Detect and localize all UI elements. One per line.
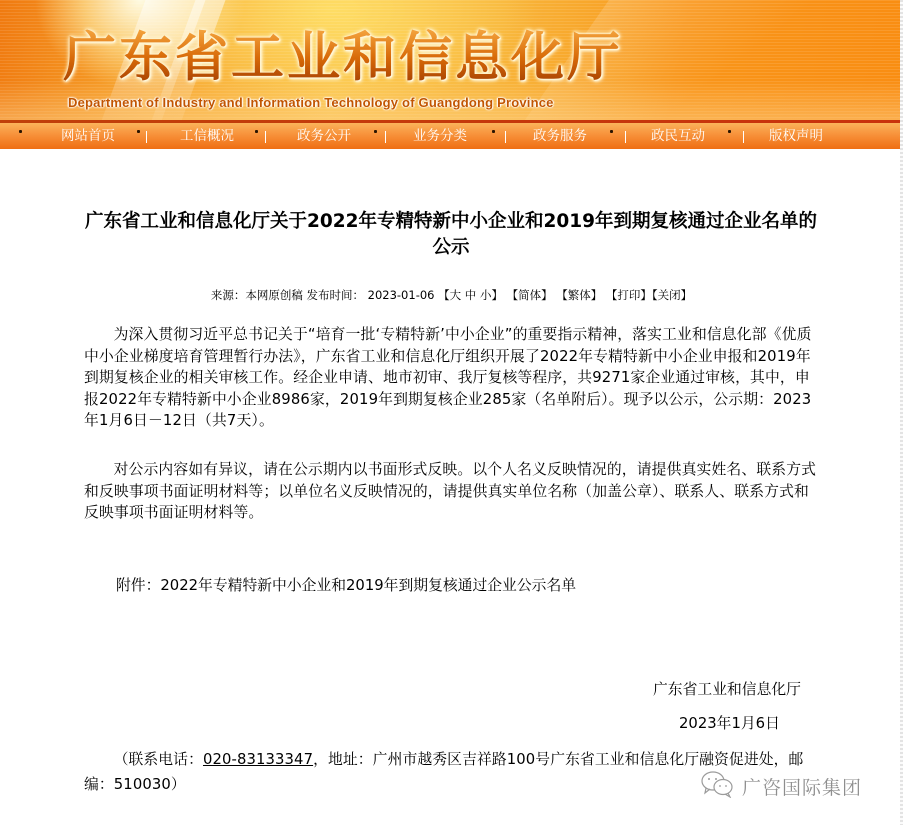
nav-separator [265,131,266,143]
site-banner: 广东省工业和信息化厅 Department of Industry and In… [0,0,900,120]
traditional-chinese-link[interactable]: 【繁体】 [556,288,602,302]
source-value: 本网原创稿 [245,288,303,302]
nav-bullet-icon [728,130,731,133]
nav-item-government-affairs[interactable]: 政务公开 [297,127,351,145]
nav-separator [743,131,744,143]
nav-item-government-services[interactable]: 政务服务 [533,127,587,145]
close-link[interactable]: 【关闭】 [652,288,692,302]
nav-bullet-icon [492,130,495,133]
publish-date: 2023-01-06 [368,288,435,302]
wechat-icon [700,770,734,802]
font-medium-link[interactable]: 中 [465,288,477,302]
watermark-text: 广咨国际集团 [742,773,862,800]
phone-link[interactable]: 020-83133347 [203,751,313,768]
article-paragraph-1: 为深入贯彻习近平总书记关于“培育一批‘专精特新’中小企业”的重要指示精神，落实工… [84,324,820,432]
nav-bullet-icon [374,130,377,133]
nav-bullet-icon [19,130,22,133]
signature-date: 2023年1月6日 [679,713,780,734]
font-small-link[interactable]: 小 [480,288,492,302]
simplified-chinese-link[interactable]: 【简体】 [507,288,553,302]
signature-org: 广东省工业和信息化厅 [653,679,801,700]
main-nav: 网站首页 工信概况 政务公开 业务分类 政务服务 政民互动 版权声明 [0,123,900,149]
nav-item-interaction[interactable]: 政民互动 [651,127,705,145]
site-subtitle: Department of Industry and Information T… [68,95,554,110]
nav-separator [505,131,506,143]
nav-bullet-icon [255,130,258,133]
nav-item-home[interactable]: 网站首页 [61,127,115,145]
nav-bullet-icon [137,130,140,133]
nav-separator [625,131,626,143]
contact-prefix: （联系电话： [114,751,203,768]
font-size-bracket-close: 】 [491,288,503,302]
source-label: 来源： [211,288,246,302]
font-large-link[interactable]: 大 [450,288,462,302]
site-title: 广东省工业和信息化厅 [63,28,623,88]
attachment-link[interactable]: 附件：2022年专精特新中小企业和2019年到期复核通过企业公示名单 [116,575,576,596]
nav-bullet-icon [610,130,613,133]
publish-label: 发布时间： [306,288,364,302]
nav-item-copyright[interactable]: 版权声明 [769,127,823,145]
nav-item-overview[interactable]: 工信概况 [180,127,234,145]
font-size-bracket-open: 【 [438,288,450,302]
watermark: 广咨国际集团 [700,770,862,802]
article-title: 广东省工业和信息化厅关于2022年专精特新中小企业和2019年到期复核通过企业名… [80,209,822,261]
nav-separator [146,131,147,143]
article-paragraph-2: 对公示内容如有异议，请在公示期内以书面形式反映。以个人名义反映情况的，请提供真实… [84,459,820,524]
print-link[interactable]: 【打印】 [606,288,652,302]
article-meta: 来源：本网原创稿 发布时间： 2023-01-06 【大 中 小】 【简体】 【… [0,287,903,303]
nav-separator [385,131,386,143]
nav-item-business-categories[interactable]: 业务分类 [413,127,467,145]
